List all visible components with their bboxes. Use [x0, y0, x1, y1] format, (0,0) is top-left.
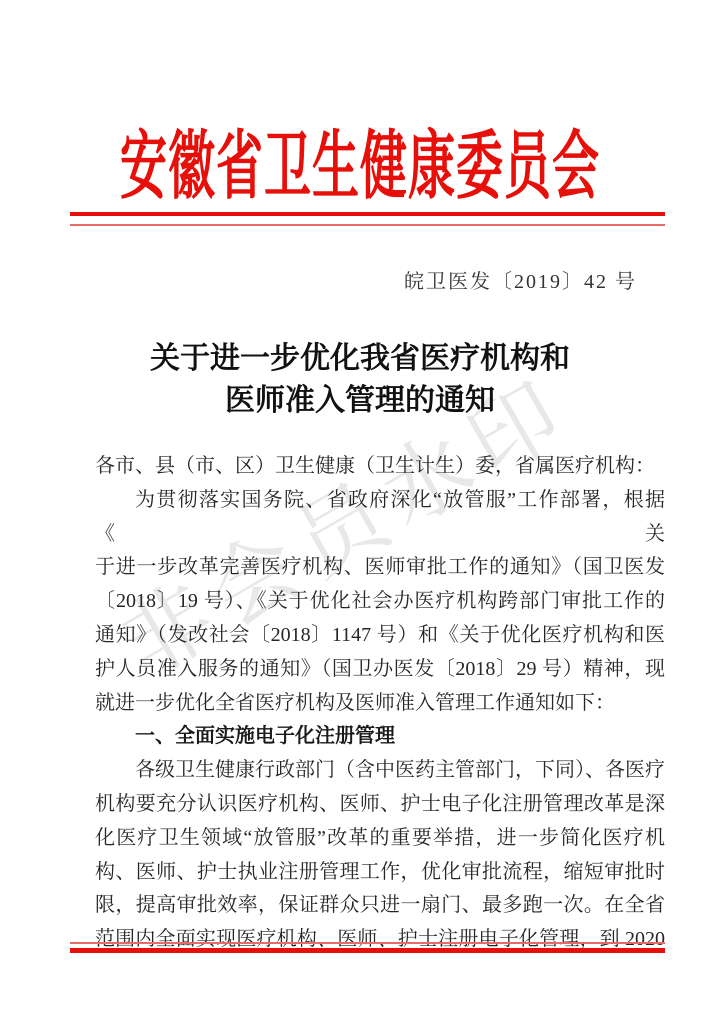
- section-heading: 一、全面实施电子化注册管理: [95, 720, 665, 754]
- body-line: 就进一步优化全省医疗机构及医师准入管理工作通知如下：: [95, 687, 665, 721]
- body-line: 构、医师、护士执业注册管理工作，优化审批流程，缩短审批时: [95, 856, 665, 890]
- notice-title-line1: 关于进一步优化我省医疗机构和: [0, 338, 720, 380]
- body-line: 于进一步改革完善医疗机构、医师审批工作的通知》（国卫医发: [95, 551, 665, 585]
- body-line: 各级卫生健康行政部门（含中医药主管部门，下同）、各医疗: [95, 754, 665, 788]
- body-line: 为贯彻落实国务院、省政府深化“放管服”工作部署，根据《关: [95, 484, 665, 552]
- body-line: 化医疗卫生领域“放管服”改革的重要举措，进一步简化医疗机: [95, 822, 665, 856]
- body-line: 限，提高审批效率，保证群众只进一扇门、最多跑一次。在全省: [95, 889, 665, 923]
- document-page: 非会员水印 安徽省卫生健康委员会 皖卫医发〔2019〕42 号 关于进一步优化我…: [0, 0, 720, 1019]
- footer-rule-thick: [70, 948, 665, 953]
- footer-rule-thin: [70, 942, 665, 944]
- body-line: 通知》（发改社会〔2018〕1147 号）和《关于优化医疗机构和医: [95, 619, 665, 653]
- header-rule-thin: [70, 224, 665, 226]
- letterhead-title: 安徽省卫生健康委员会: [0, 108, 720, 214]
- document-number: 皖卫医发〔2019〕42 号: [404, 265, 637, 294]
- salutation-line: 各市、县（市、区）卫生健康（卫生计生）委，省属医疗机构：: [95, 450, 665, 484]
- notice-title-line2: 医师准入管理的通知: [0, 380, 720, 422]
- notice-title: 关于进一步优化我省医疗机构和 医师准入管理的通知: [0, 338, 720, 422]
- body-text: 各市、县（市、区）卫生健康（卫生计生）委，省属医疗机构： 为贯彻落实国务院、省政…: [95, 450, 665, 957]
- body-line: 〔2018〕19 号）、《关于优化社会办医疗机构跨部门审批工作的: [95, 585, 665, 619]
- header-rule-thick: [70, 212, 665, 216]
- body-line: 机构要充分认识医疗机构、医师、护士电子化注册管理改革是深: [95, 788, 665, 822]
- body-line: 护人员准入服务的通知》（国卫办医发〔2018〕29 号）精神，现: [95, 653, 665, 687]
